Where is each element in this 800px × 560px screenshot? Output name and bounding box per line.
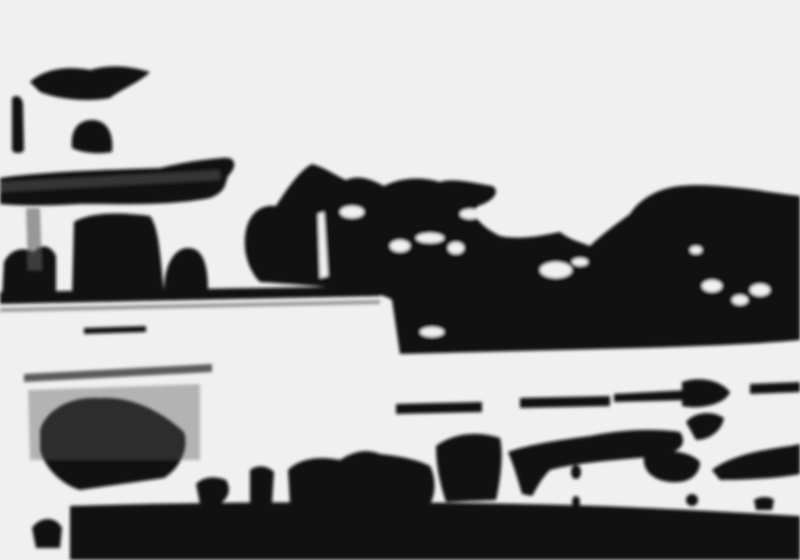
historical-photograph: [0, 0, 800, 560]
film-grain: [0, 0, 800, 560]
